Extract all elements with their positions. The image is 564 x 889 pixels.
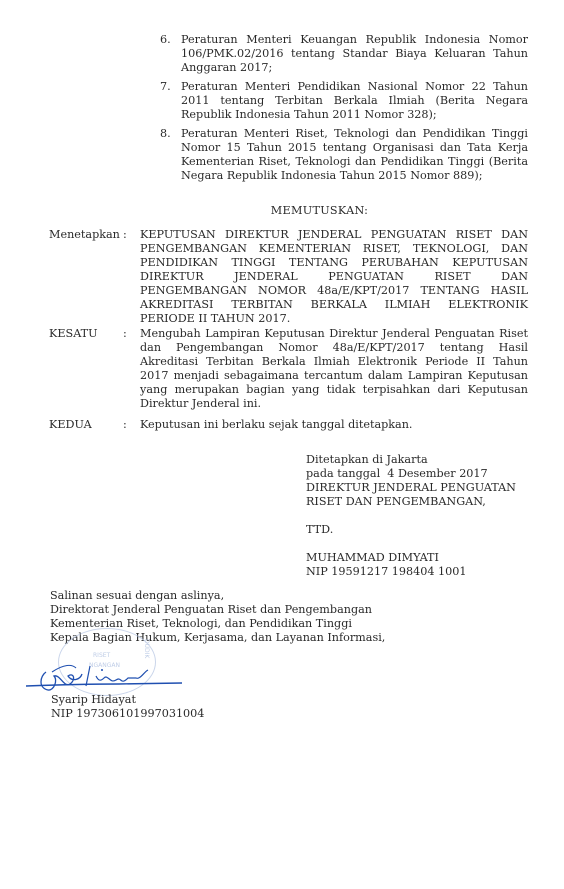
list-number: 7. (160, 80, 181, 122)
row-text: Keputusan ini berlaku sejak tanggal dite… (140, 418, 528, 432)
considerations-list: 6. Peraturan Menteri Keuangan Republik I… (160, 33, 528, 188)
list-number: 6. (160, 33, 181, 75)
handwritten-signature (24, 658, 184, 694)
row-text: Mengubah Lampiran Keputusan Direktur Jen… (140, 327, 528, 411)
list-text: Peraturan Menteri Pendidikan Nasional No… (181, 80, 528, 122)
certifier-nip: NIP 197306101997031004 (51, 707, 204, 721)
enactment-signed-mark: TTD. (306, 523, 546, 537)
enactment-signer-nip: NIP 19591217 198404 1001 (306, 565, 546, 579)
decision-row-kesatu: KESATU : Mengubah Lampiran Keputusan Dir… (49, 327, 528, 411)
row-colon: : (123, 228, 140, 326)
row-label: KEDUA (49, 418, 123, 432)
stamp-text: DUDIK (139, 639, 153, 658)
decision-row-menetapkan: Menetapkan : KEPUTUSAN DIREKTUR JENDERAL… (49, 228, 528, 326)
list-item: 8. Peraturan Menteri Riset, Teknologi da… (160, 127, 528, 183)
list-number: 8. (160, 127, 181, 183)
list-text: Peraturan Menteri Riset, Teknologi dan P… (181, 127, 528, 183)
row-label: Menetapkan (49, 228, 123, 326)
enactment-place: Ditetapkan di Jakarta (306, 453, 546, 467)
copy-line-1: Salinan sesuai dengan aslinya, (50, 589, 470, 603)
list-item: 7. Peraturan Menteri Pendidikan Nasional… (160, 80, 528, 122)
row-label: KESATU (49, 327, 123, 411)
enactment-office-line2: RISET DAN PENGEMBANGAN, (306, 495, 546, 509)
copy-line-2: Direktorat Jenderal Penguatan Riset dan … (50, 603, 470, 617)
list-item: 6. Peraturan Menteri Keuangan Republik I… (160, 33, 528, 75)
enactment-signer-name: MUHAMMAD DIMYATI (306, 551, 546, 565)
enactment-block: Ditetapkan di Jakarta pada tanggal 4 Des… (306, 453, 546, 579)
decision-row-kedua: KEDUA : Keputusan ini berlaku sejak tang… (49, 418, 528, 432)
list-text: Peraturan Menteri Keuangan Republik Indo… (181, 33, 528, 75)
row-colon: : (123, 327, 140, 411)
row-text: KEPUTUSAN DIREKTUR JENDERAL PENGUATAN RI… (140, 228, 528, 326)
certifier-block: Syarip Hidayat NIP 197306101997031004 (51, 693, 204, 721)
certifier-name: Syarip Hidayat (51, 693, 204, 707)
enactment-date: pada tanggal 4 Desember 2017 (306, 467, 546, 481)
decision-heading: MEMUTUSKAN: (0, 204, 564, 218)
row-colon: : (123, 418, 140, 432)
enactment-office-line1: DIREKTUR JENDERAL PENGUATAN (306, 481, 546, 495)
